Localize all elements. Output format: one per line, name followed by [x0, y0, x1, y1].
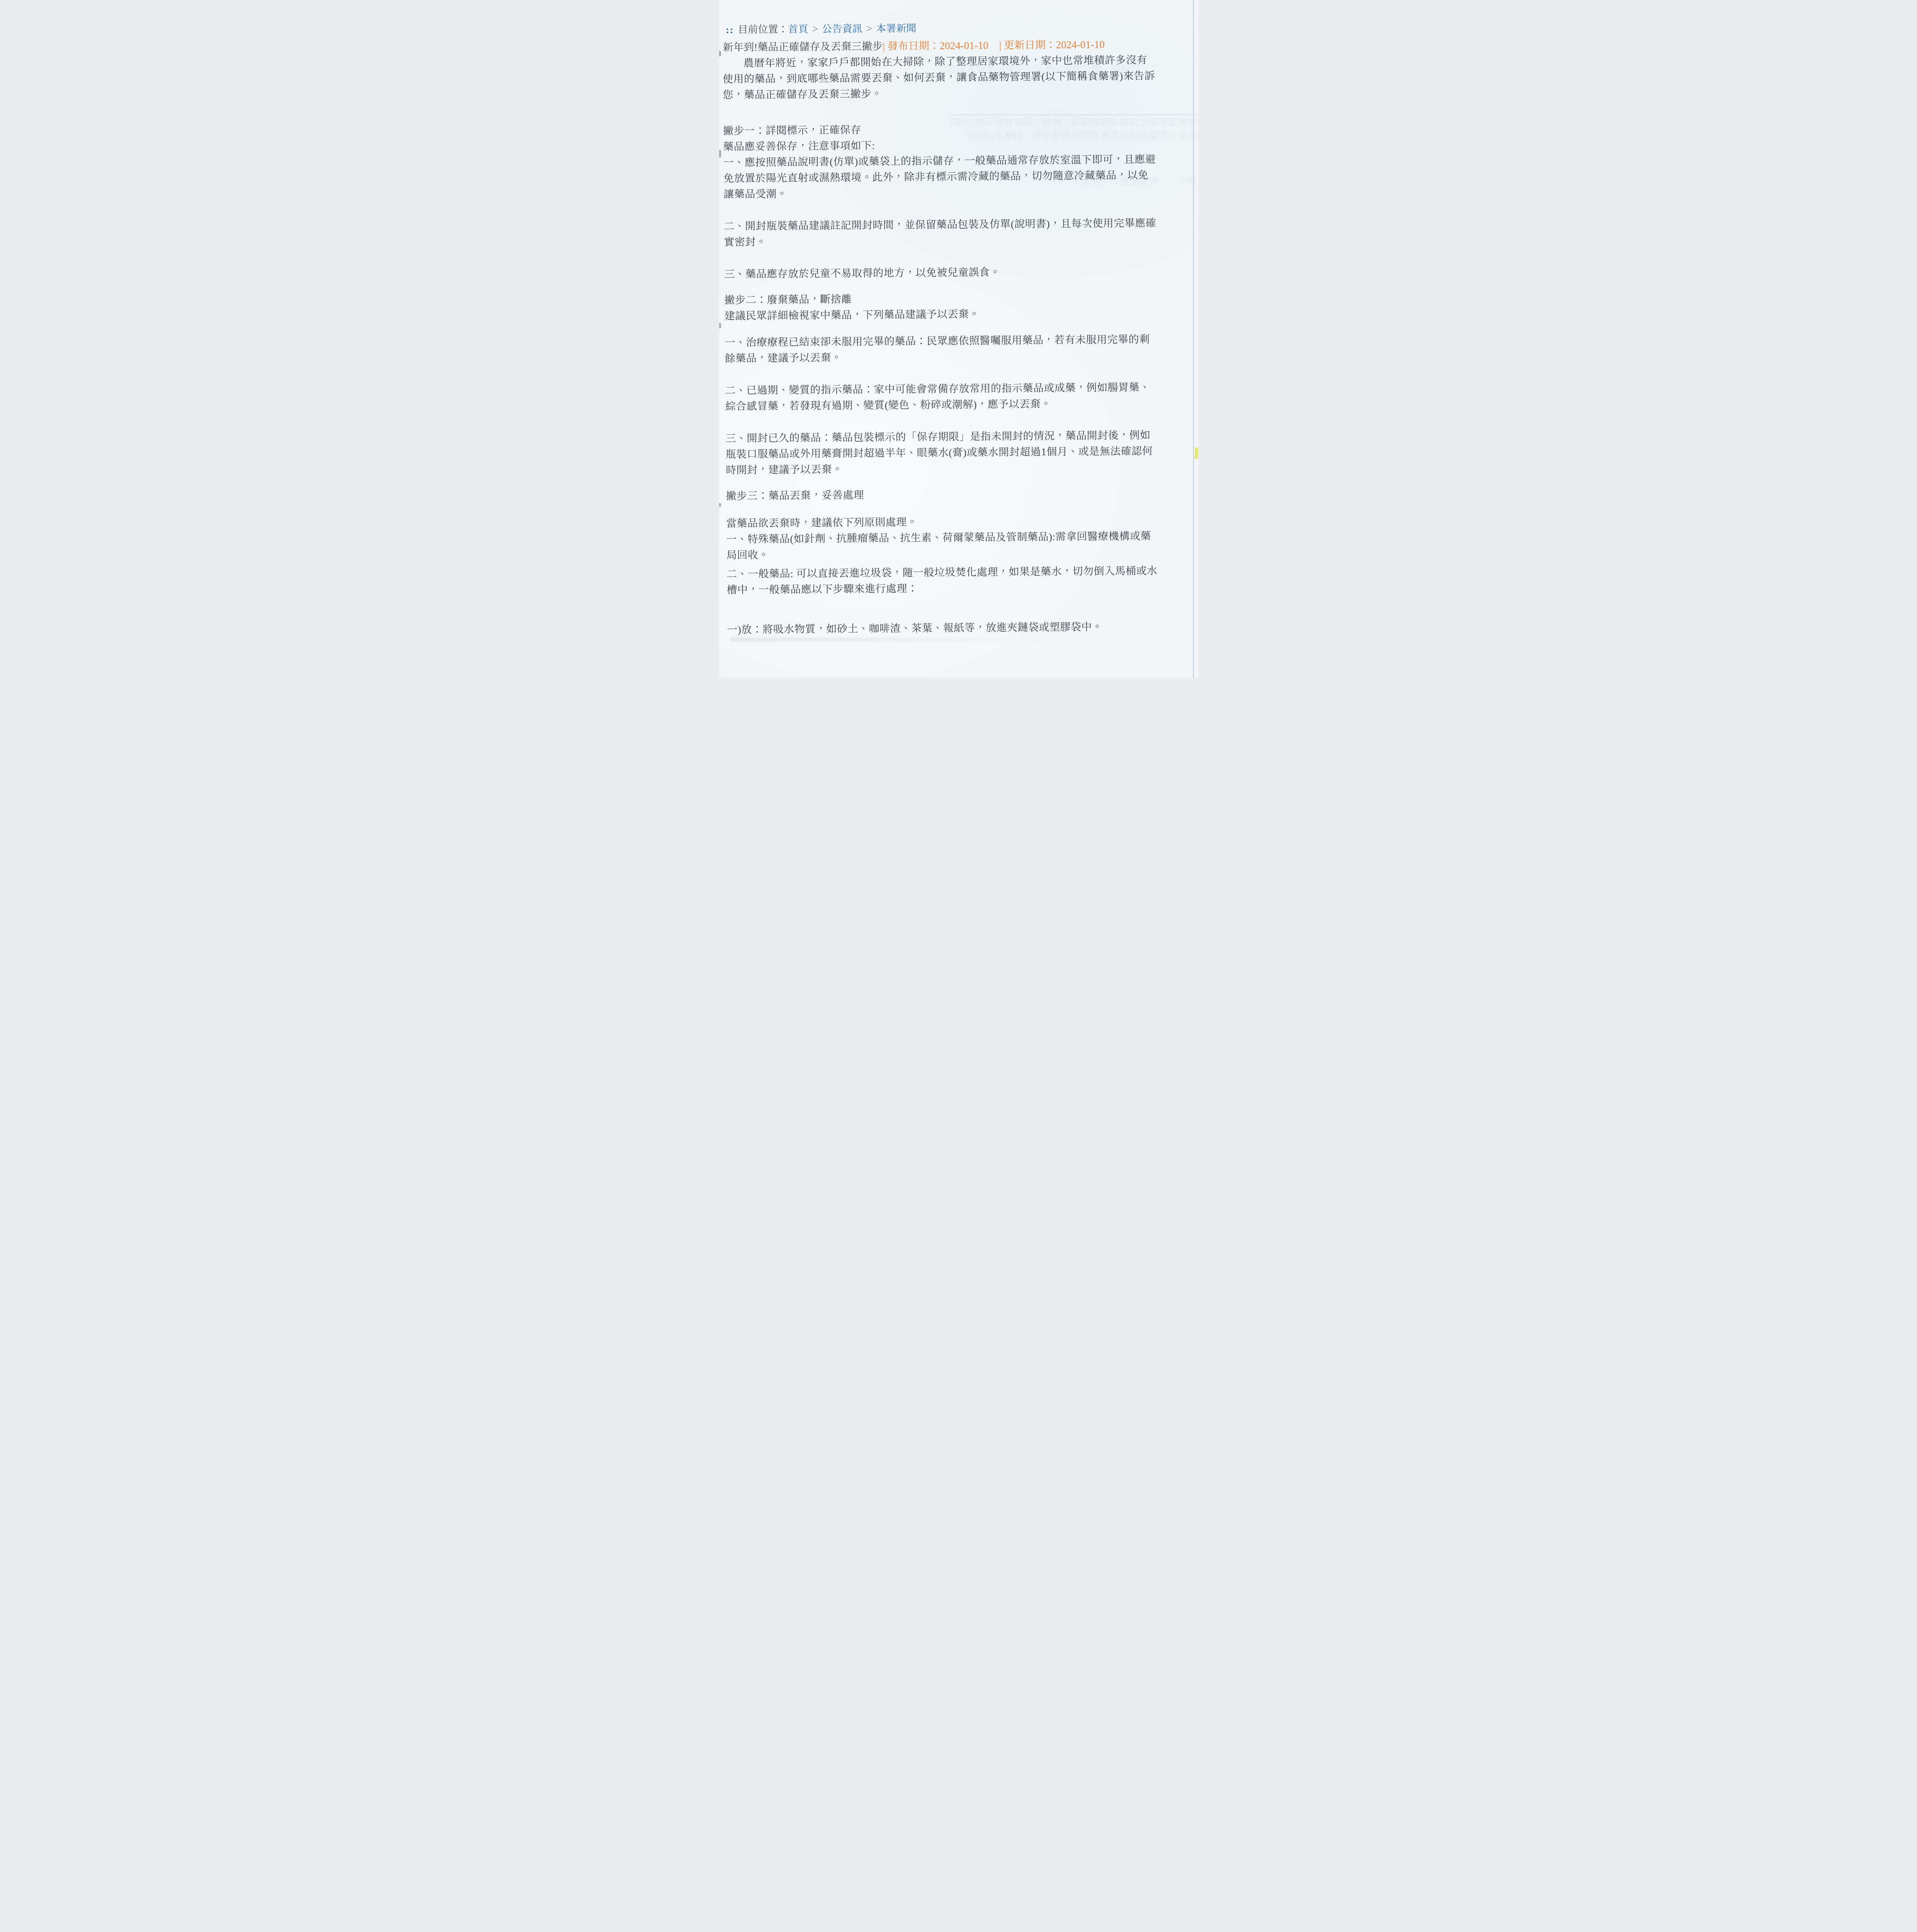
section-lead: 建議民眾詳細檢視家中藥品，下列藥品建議予以丟棄。	[724, 304, 1198, 324]
text-line: 撇步三：藥品丟棄，妥善處理	[726, 485, 1198, 504]
scan-edge-speck	[719, 150, 721, 158]
list-item: 三、開封已久的藥品：藥品包裝標示的「保存期限」是指未開封的情況，藥品開封後，例如…	[725, 427, 1198, 478]
highlighter-mark	[1194, 447, 1198, 459]
scan-streak-vertical	[1193, 0, 1194, 678]
list-item: 一、特殊藥品(如針劑、抗腫瘤藥品、抗生素、荷爾蒙藥品及管制藥品):需拿回醫療機構…	[726, 528, 1198, 563]
text-line: 一)放：將吸水物質，如砂土、咖啡渣、茶葉、報紙等，放進夾鏈袋或塑膠袋中。	[727, 618, 1198, 638]
breadcrumb-separator: >	[812, 23, 818, 35]
publish-date: | 發布日期：2024-01-10	[883, 39, 988, 52]
breadcrumb-link-announcements[interactable]: 公告資訊	[822, 23, 862, 35]
list-item: 一、治療療程已結束卻未服用完畢的藥品：民眾應依照醫囑服用藥品，若有未服用完畢的剩…	[725, 331, 1198, 367]
breadcrumb-prefix-icon: ::	[726, 24, 734, 36]
list-item: 一、應按照藥品說明書(仿單)或藥袋上的指示儲存，一般藥品通常存放於室溫下即可，且…	[723, 151, 1197, 202]
scan-edge-speck	[719, 51, 721, 56]
intro-paragraph: 農曆年將近，家家戶戶都開始在大掃除，除了整理居家環境外，家中也常堆積許多沒有 使…	[722, 52, 1197, 103]
text-line: 建議民眾詳細檢視家中藥品，下列藥品建議予以丟棄。	[724, 304, 1198, 324]
text-line: 時開封，建議予以丟棄。	[725, 459, 1198, 478]
breadcrumb: ::目前位置：首頁>公告資訊>本署新聞	[726, 18, 1196, 38]
list-item: 二、一般藥品: 可以直接丟進垃圾袋，隨一般垃圾焚化處理，如果是藥水，切勿倒入馬桶…	[726, 563, 1198, 598]
scan-edge-speck	[719, 323, 721, 328]
list-item: 一)放：將吸水物質，如砂土、咖啡渣、茶葉、報紙等，放進夾鏈袋或塑膠袋中。	[727, 618, 1198, 638]
list-item: 二、開封瓶裝藥品建議註記開封時間，並保留藥品包裝及仿單(說明書)，且每次使用完畢…	[724, 215, 1198, 250]
page-title: 新年到!藥品正確儲存及丟棄三撇步	[723, 41, 883, 53]
update-date: | 更新日期：2024-01-10	[999, 39, 1104, 51]
list-item: 三、藥品應存放於兒童不易取得的地方，以免被兒童誤食。	[724, 263, 1198, 282]
text-line: 槽中，一般藥品應以下步驟來進行處理：	[726, 578, 1198, 598]
scan-smudge	[731, 638, 1055, 641]
text-line: 綜合感冒藥，若發現有過期、變質(變色、粉碎或潮解)，應予以丟棄。	[725, 395, 1198, 415]
scanned-document-page: 二、已過期、變質的指示藥品：家中可能會常備存放常用的指示藥品或成藥，例如腸胃藥、…	[719, 0, 1198, 678]
list-item: 二、已過期、變質的指示藥品：家中可能會常備存放常用的指示藥品或成藥，例如腸胃藥、…	[725, 379, 1198, 415]
breadcrumb-link-agency-news[interactable]: 本署新聞	[876, 23, 916, 34]
section-heading: 撇步三：藥品丟棄，妥善處理	[726, 485, 1198, 504]
breadcrumb-label: 目前位置：	[738, 24, 788, 35]
text-line: 三、藥品應存放於兒童不易取得的地方，以免被兒童誤食。	[724, 263, 1198, 282]
text-line: 您，藥品正確儲存及丟棄三撇步。	[723, 83, 1197, 103]
scan-edge-speck	[719, 503, 721, 507]
text-line: 餘藥品，建議予以丟棄。	[725, 347, 1198, 367]
breadcrumb-separator: >	[866, 23, 872, 35]
breadcrumb-link-home[interactable]: 首頁	[788, 24, 808, 35]
